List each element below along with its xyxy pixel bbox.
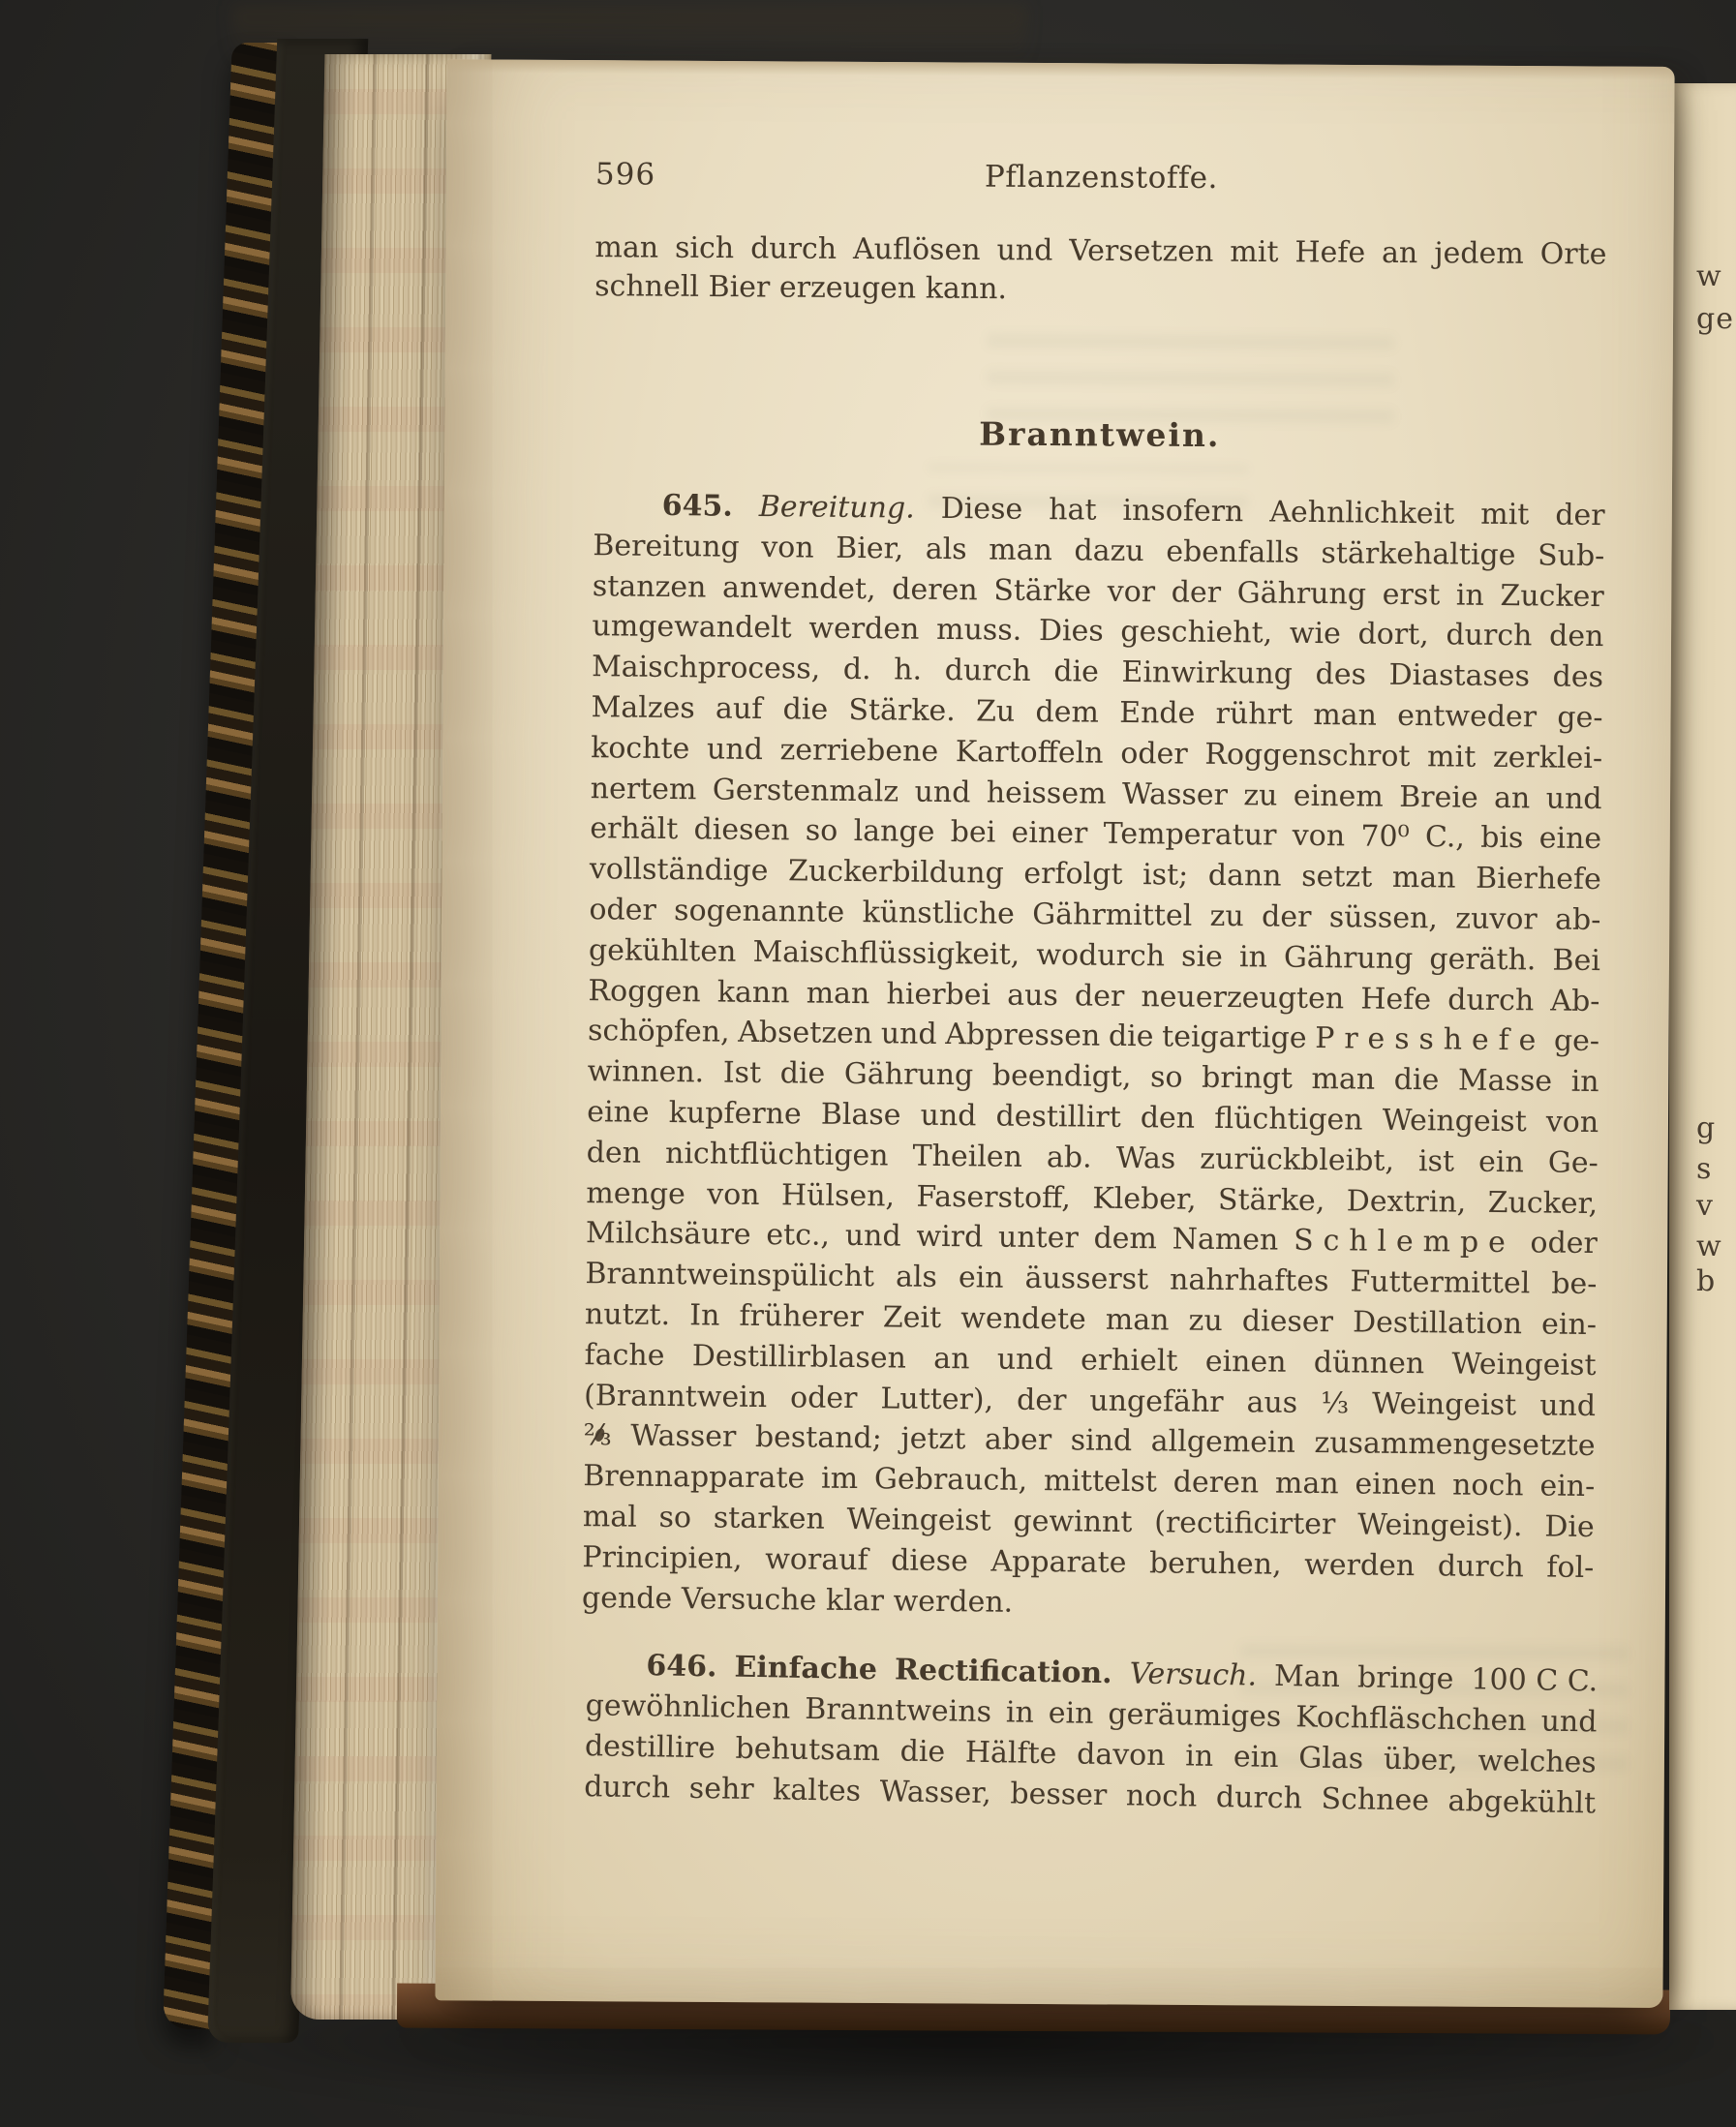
word: kann [717,975,790,1010]
word: und [1539,1388,1596,1423]
word: oder [1120,737,1188,772]
word: man [1392,861,1456,896]
word: mit [1230,235,1278,269]
word: jedem [1434,236,1524,271]
word: Gährmittel [1032,897,1192,933]
word: hierbei [886,977,990,1012]
word: ⅔ [584,1418,612,1452]
word: Weingeist [1451,1347,1596,1383]
word: aber [985,1423,1052,1458]
word: die [782,692,828,726]
word: Was [1116,1141,1176,1176]
word: besser [1010,1777,1107,1812]
word: mittelst [1044,1464,1157,1499]
cut-off-text-fragment: b [1696,1264,1716,1298]
word: Kleber, [1092,1181,1197,1216]
word: und [881,1018,937,1052]
word: Hefe [1360,982,1431,1017]
word: deren [1173,1466,1260,1501]
word: geräumiges [1108,1697,1281,1734]
word: 100 C C. [1471,1662,1598,1698]
word: klar [826,1583,884,1618]
word: in [1571,1065,1599,1099]
word: neuerzeugten [1141,980,1344,1016]
word: d. [843,653,871,686]
word: jetzt [900,1422,965,1457]
word: so [1150,1060,1183,1094]
word: diesen [693,813,789,848]
word: erzeugen [779,271,917,306]
word: unter [998,1221,1079,1256]
word: (rectificirter [1154,1505,1336,1541]
word: der [1172,575,1222,610]
word: Kochfläschchen [1295,1700,1527,1738]
word: stärkehaltige [1321,536,1515,572]
word: Gerstenmalz [713,773,899,808]
word: in [1239,940,1267,974]
word: wird [916,1220,983,1255]
word: eine [587,1095,650,1130]
word: dieser [1242,1304,1333,1339]
word: Apparate [990,1544,1126,1579]
word: be- [1551,1267,1597,1301]
word: Stärke, [1218,1183,1325,1218]
word: fol- [1546,1550,1594,1585]
word: ein [1478,1145,1524,1179]
word: abgekühlt [1447,1784,1596,1821]
word: von [707,1177,760,1212]
word: kochte [591,731,690,766]
word: Dies [1039,614,1104,649]
word: geräth. [1429,942,1536,977]
word: der [1075,979,1125,1014]
word: flüchtigen [1214,1102,1363,1138]
cut-off-text-fragment: w [1696,259,1722,293]
word: man [1106,1303,1170,1338]
word: ebenfalls [1166,534,1299,569]
word: Versuch. [1129,1656,1257,1692]
paragraph-645-bereitung: 645.Bereitung.DiesehatinsofernAehnlichke… [582,488,1605,1631]
word: oder [589,893,656,927]
word: beendigt, [992,1059,1132,1095]
word: Maischprocess, [592,650,821,685]
word: dünnen [1314,1346,1425,1381]
word: süssen, [1329,900,1438,935]
word: ein [1233,1740,1279,1775]
word: schöpfen, [588,1014,730,1049]
word: entweder [1397,699,1537,735]
word: und [997,1342,1053,1377]
word: Masse [1458,1064,1553,1099]
word: Destillirblasen [692,1339,906,1375]
word: von [761,531,814,565]
word: Weingeist [846,1503,990,1538]
word: an [1494,781,1531,815]
word: und [707,732,763,767]
word: erhielt [1081,1343,1178,1378]
word: Absetzen [738,1016,872,1050]
word: starken [714,1501,825,1535]
word: die [1394,1063,1440,1097]
word: die [1053,654,1099,688]
word: gewöhnlichen [585,1688,790,1726]
word: Gebrauch, [874,1462,1027,1498]
word: Orte [1540,237,1607,271]
word: sind [1071,1424,1133,1459]
word: an [933,1342,970,1376]
word: Ab- [1550,984,1599,1018]
word: Diese [941,492,1023,527]
word: bringt [1202,1061,1293,1096]
word: Namen [1173,1223,1279,1258]
word: Rectification. [895,1653,1112,1690]
word: fache [584,1338,664,1373]
word: (Branntwein [584,1379,767,1414]
word: zu [1243,778,1278,812]
word: Stärke [993,573,1091,608]
word: Gährung [1237,576,1367,611]
word: Brennapparate [583,1459,805,1495]
word: ein [959,1261,1004,1294]
word: kann. [926,272,1007,307]
word: man [989,532,1052,567]
word: Weingeist [1382,1104,1526,1139]
cut-off-text-fragment: g [1696,1111,1716,1145]
word: und [845,1219,901,1254]
word: Milchsäure [586,1216,751,1252]
word: durch [1438,1549,1524,1584]
word: durch [750,231,837,266]
word: Bier [708,270,770,304]
word: Futtermittel [1350,1265,1530,1301]
word: Principien, [582,1540,743,1576]
word: diese [891,1543,968,1578]
word: nertem [591,772,697,806]
word: von [1293,819,1346,854]
word: durch [1446,619,1532,653]
word: Versuche [682,1582,817,1617]
word: aus [1246,1385,1297,1420]
word: in [1006,1695,1034,1729]
word: Bierhefe [1476,862,1601,896]
word: setzt [1301,860,1372,895]
word: man [1275,1467,1339,1502]
word: ein- [1541,1307,1597,1342]
word: zurückbleibt, [1200,1142,1394,1178]
word: sogenannte [674,894,844,929]
word: werden [808,612,919,647]
word: Weingeist [1372,1386,1516,1422]
word: eine [1539,822,1602,857]
word: rührt [1215,697,1293,732]
word: bestand; [755,1420,882,1455]
word: den [1141,1101,1196,1136]
word: einem [1294,778,1384,813]
word: heissem [987,775,1107,810]
intro-paragraph: mansichdurchAuflösenundVersetzenmitHefea… [594,230,1607,315]
word: die [780,1056,826,1090]
word: Zucker [1500,579,1604,614]
word: werden [1304,1548,1415,1583]
word: Destillation [1353,1305,1522,1341]
word: Stärke. [848,693,956,728]
word: man [1311,1062,1375,1097]
word: äusserst [1024,1261,1148,1296]
word: Malzes [591,690,695,725]
text-line: schnellBiererzeugenkann. [594,269,1606,315]
word: wendete [960,1301,1086,1336]
word: so [658,1501,691,1534]
word: einen [1355,1468,1436,1503]
word: und [914,775,970,809]
word: durch [945,653,1031,688]
show-through-smudge [987,324,1394,424]
word: zerriebene [779,733,938,769]
word: muss. [936,613,1021,648]
word: Wasser [630,1419,736,1454]
word: umgewandelt [592,610,792,646]
word: ist; [1142,858,1189,892]
word: welches [1477,1744,1597,1779]
section-heading: Branntwein. [594,412,1605,456]
word: an [1382,236,1417,270]
word: Einfache [734,1651,877,1686]
word: dem [1093,1222,1157,1257]
word: Schnee [1321,1782,1429,1818]
word: mal [583,1500,637,1534]
word: worauf [765,1542,868,1577]
word: davon [1077,1738,1166,1774]
word: der [1262,899,1312,934]
cut-off-text-fragment: s [1696,1152,1712,1186]
word: und [1546,781,1602,816]
word: den [1549,620,1604,654]
word: destillirt [995,1100,1121,1135]
word: 70⁰ [1360,820,1410,855]
word: im [821,1462,858,1496]
word: von [1546,1105,1599,1139]
word: des [1552,660,1603,695]
word: werden. [893,1584,1013,1619]
word: mit [1427,740,1476,775]
word: ab. [1047,1140,1092,1174]
word: ungefähr [1089,1383,1224,1418]
word: Kartoffeln [956,735,1104,771]
word: Faserstoff, [916,1179,1071,1215]
word: man [1313,698,1377,733]
word: Aehnlichkeit [1269,495,1454,531]
word: sie [1181,939,1223,973]
word: bringe [1357,1660,1454,1696]
word: destillire [585,1729,716,1765]
word: man [807,976,870,1011]
word: die [1109,1019,1154,1053]
word: erhält [590,812,678,847]
word: Ende [1119,696,1196,731]
word: Bier, [836,532,903,566]
cut-off-text-fragment: ge [1696,302,1734,336]
word: in [1456,578,1484,612]
word: dort, [1357,618,1429,653]
word: wodurch [1036,938,1165,973]
word: Bereitung [593,529,740,564]
word: Wasser, [879,1775,991,1810]
word: Roggen [588,974,701,1009]
word: und [920,1099,976,1134]
word: Roggenschrot [1204,738,1410,774]
word: Dextrin, [1347,1184,1467,1219]
word: oder [1530,1227,1598,1261]
word: h. [894,653,922,687]
word: nutzt. [585,1297,670,1332]
word: Lutter), [880,1382,993,1416]
word: hat [1049,493,1097,528]
word: Hefe [1294,235,1365,270]
word: Glas [1298,1741,1363,1776]
word: beruhen, [1149,1546,1282,1581]
word: schnell [594,269,699,304]
running-header: Pflanzenstoffe. [595,157,1607,198]
word: Die [1544,1509,1595,1544]
word: sich [675,231,734,265]
word: In [689,1298,720,1332]
word: noch [1126,1778,1198,1813]
word: winnen. [587,1054,704,1089]
word: kupferne [669,1096,802,1131]
word: zuvor [1455,901,1538,936]
word: die [899,1735,945,1770]
word: sehr [689,1772,754,1807]
book-page: 596 Pflanzenstoffe. mansichdurchAuflösen… [435,59,1674,2008]
word: gewinnt [1013,1504,1132,1539]
word: Zu [976,694,1016,728]
word: in [1185,1739,1213,1773]
word: 645. [662,489,733,524]
word: zerklei- [1493,741,1603,775]
word: einen [1205,1345,1287,1380]
word: des [1315,657,1366,692]
word: Bei [1552,943,1600,978]
word: gekühlten [589,933,737,969]
word: der [1017,1383,1067,1417]
word: ein- [1539,1470,1595,1504]
word: als [926,532,967,566]
word: Abpressen [945,1018,1100,1053]
word: ist [1418,1144,1454,1178]
word: Wasser [1122,776,1228,811]
word: ab- [1555,903,1601,937]
word: behutsam [735,1732,880,1768]
word: Zucker, [1488,1185,1599,1220]
word: dazu [1074,533,1144,568]
word: Einwirkung [1121,655,1293,691]
word: Branntweinspülicht [585,1257,874,1293]
word: dem [1035,695,1099,730]
word: vollständige [590,852,769,888]
word: stanzen [593,569,707,604]
word: durch [1447,983,1534,1018]
word: vor [1108,574,1156,609]
word: ge- [1554,1024,1599,1058]
word: Branntweins [805,1692,991,1729]
word: ge- [1557,701,1602,735]
word: nahrhaftes [1170,1263,1329,1299]
word: Hülsen, [781,1178,895,1213]
word: gende [582,1581,673,1616]
word: zu [1188,1304,1223,1338]
word: ein [1049,1696,1094,1731]
word: zu [1209,899,1244,933]
first-line-indent [586,1674,628,1675]
word: geschieht, [1120,615,1272,651]
word: über, [1384,1743,1458,1778]
word: erfolgt [1023,857,1122,892]
word: Weingeist). [1357,1507,1523,1543]
facing-page-sliver: wgegsvwb [1669,83,1736,2010]
word: Zeit [883,1300,942,1335]
word: nichtflüchtigen [665,1137,889,1172]
word: aus [1007,978,1058,1013]
paragraph-646-einfache-rectification: 646.EinfacheRectification.Versuch.Manbri… [584,1648,1599,1827]
word: künstliche [862,896,1015,931]
word: anwendet, [722,570,876,606]
word: Ge- [1548,1145,1599,1180]
word: lange [853,814,934,849]
word: deren [892,572,978,607]
word: wie [1290,617,1341,652]
word: und [1540,1705,1597,1740]
word: Bereitung. [759,490,915,526]
word: kaltes [773,1773,861,1808]
word: auf [716,691,763,726]
word: Diastases [1388,658,1530,694]
word: Hälfte [965,1736,1057,1772]
word: Schlempe [1294,1224,1515,1260]
word: früherer [739,1299,864,1334]
word: Zuckerbildung [788,854,1004,890]
word: bei [951,815,996,849]
word: Gährung [1284,940,1414,975]
word: Temperatur [1103,817,1276,853]
word: ⅓ [1321,1386,1349,1420]
word: den [587,1136,642,1170]
word: Ist [723,1056,762,1090]
word: etc., [766,1218,830,1253]
word: Presshefe [1315,1021,1545,1057]
word: insofern [1122,494,1243,529]
word: noch [1452,1469,1524,1504]
word: Blase [821,1098,901,1133]
word: Maischflüssigkeit, [752,935,1020,972]
word: man [594,230,658,264]
word: Auflösen [853,232,981,267]
word: bis [1480,821,1524,855]
word: und [996,233,1052,267]
word: mit [1480,498,1529,532]
word: durch [1216,1780,1303,1815]
word: so [806,814,838,848]
book-photo-scene: wgegsvwb 596 Pflanzenstoffe. mansichdurc… [0,0,1736,2127]
word: Gährung [844,1057,974,1092]
cut-off-text-fragment: v [1696,1189,1714,1223]
word: allgemein [1151,1425,1296,1461]
word: einer [1011,816,1087,851]
word: Breie [1399,779,1478,814]
word: Theilen [912,1139,1022,1173]
word: zusammengesetzte [1314,1426,1596,1463]
word: Sub- [1538,538,1605,573]
word: teigartige [1162,1020,1307,1056]
